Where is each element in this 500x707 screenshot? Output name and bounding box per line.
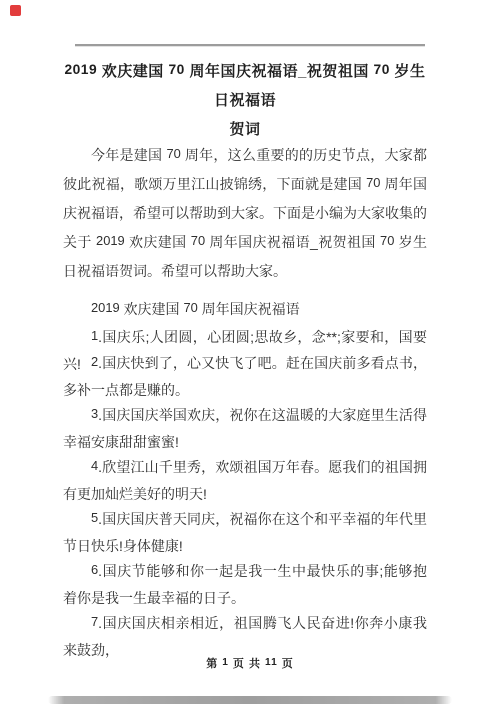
greeting-item-2: 2.国庆快到了，心又快飞了吧。赶在国庆前多看点书，多补一点都是赚的。 bbox=[63, 350, 427, 403]
greeting-item-6: 6.国庆节能够和你一起是我一生中最快乐的事;能够抱着你是我一生最幸福的日子。 bbox=[63, 558, 427, 611]
document-title-line2: 贺词 bbox=[229, 121, 260, 138]
greeting-item-3: 3.国庆国庆举国欢庆，祝你在这温暖的大家庭里生活得幸福安康甜甜蜜蜜! bbox=[63, 402, 427, 455]
greeting-item-5: 5.国庆国庆普天同庆，祝福你在这个和平幸福的年代里节日快乐!身体健康! bbox=[63, 506, 427, 559]
page-footer: 第 1 页 共 11 页 bbox=[0, 655, 500, 671]
title-divider bbox=[75, 44, 425, 46]
document-title: 2019 欢庆建国 70 周年国庆祝福语_祝贺祖国 70 岁生日祝福语 贺词 bbox=[63, 57, 427, 144]
document-title-line1: 2019 欢庆建国 70 周年国庆祝福语_祝贺祖国 70 岁生日祝福语 bbox=[64, 63, 425, 109]
site-logo-icon bbox=[10, 5, 21, 16]
document-page: 2019 欢庆建国 70 周年国庆祝福语_祝贺祖国 70 岁生日祝福语 贺词 今… bbox=[0, 0, 500, 707]
intro-paragraph: 今年是建国 70 周年，这么重要的的历史节点，大家都彼此祝福，歌颂万里江山披锦绣… bbox=[63, 141, 427, 286]
greeting-item-4: 4.欣望江山千里秀，欢颂祖国万年春。愿我们的祖国拥有更加灿烂美好的明天! bbox=[63, 454, 427, 507]
page-shadow-bar bbox=[48, 696, 452, 704]
section-heading: 2019 欢庆建国 70 周年国庆祝福语 bbox=[63, 296, 427, 323]
